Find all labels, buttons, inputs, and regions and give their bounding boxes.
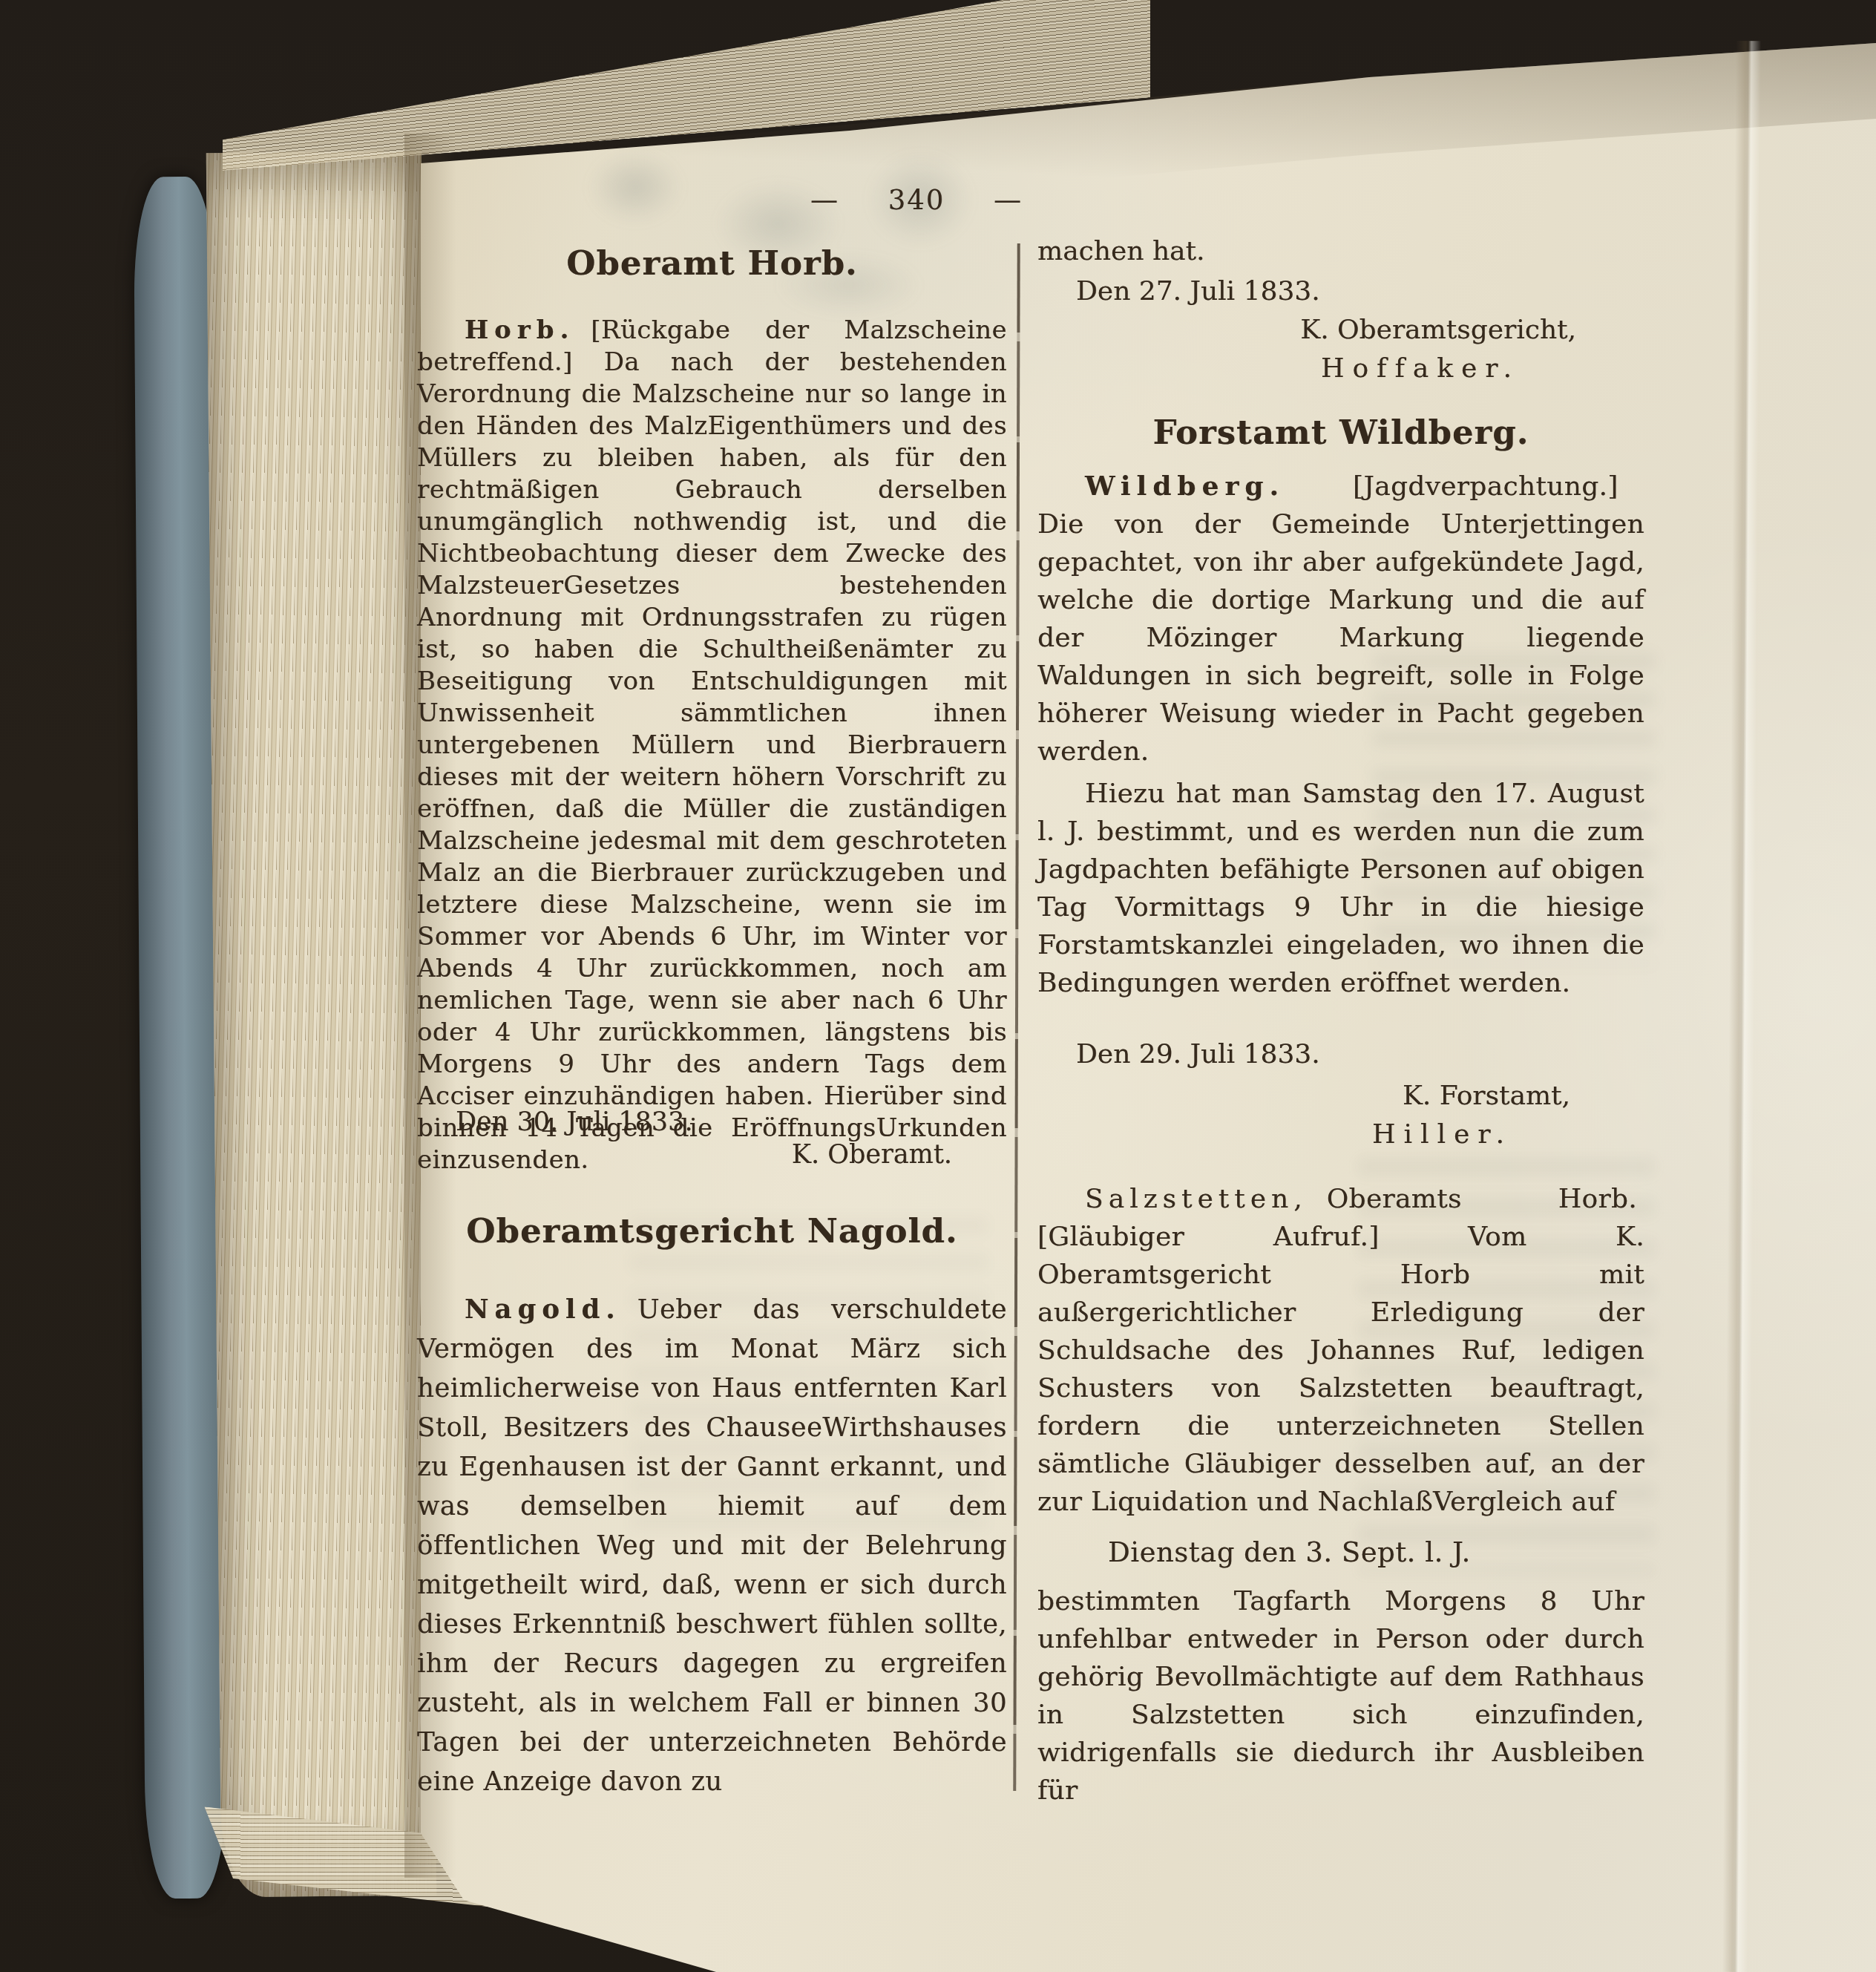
date-line-27-juli: Den 27. Juli 1833.: [1037, 276, 1644, 307]
notice-text-salzstetten-1: [Gläubiger Aufruf.] Vom K. Oberamtsgeric…: [1037, 1222, 1644, 1517]
notice-body-wildberg-2: Hiezu hat man Samstag den 17. August l. …: [1037, 775, 1644, 1002]
page-number: — 340 —: [742, 184, 1091, 216]
hearing-date-line: Dienstag den 3. Sept. l. J.: [1037, 1536, 1644, 1568]
notice-body-wildberg: Wildberg.[Jagdverpachtung.] Die von der …: [1037, 468, 1644, 770]
notice-heading-forstamt-wildberg: Forstamt Wildberg.: [1037, 413, 1644, 452]
scanned-book-photo: — 340 — Oberamt Horb. Horb.[Rückgabe der…: [0, 0, 1876, 1972]
signature-hiller: Hiller.: [1037, 1119, 1644, 1150]
notice-text-wildberg-1: Die von der Gemeinde Unterjettingen gepa…: [1037, 509, 1644, 767]
notice-text-salzstetten-2: bestimmten Tagfarth Morgens 8 Uhr unfehl…: [1037, 1582, 1644, 1809]
notice-lead-horb: Horb.: [465, 315, 574, 345]
page-stack-left-edges: [206, 151, 436, 1897]
notice-lead-wildberg: Wildberg.: [1085, 471, 1285, 502]
notice-heading-oberamtsgericht-nagold: Oberamtsgericht Nagold.: [417, 1211, 1007, 1251]
notice-subject-jagdverpachtung: [Jagdverpachtung.]: [1353, 471, 1618, 502]
signature-k-forstamt: K. Forstamt,: [1037, 1081, 1644, 1111]
notice-lead-salzstetten: Salzstetten,: [1085, 1184, 1308, 1214]
notice-body-horb: Horb.[Rückgabe der Malzscheine betreffen…: [417, 315, 1007, 1176]
date-line-29-juli: Den 29. Juli 1833.: [1037, 1039, 1644, 1069]
notice-lead-nagold: Nagold.: [465, 1294, 621, 1325]
notice-text-nagold: Ueber das verschuldete Vermögen des im M…: [417, 1294, 1007, 1797]
signature-k-oberamtsgericht: K. Oberamtsgericht,: [1037, 315, 1644, 345]
date-line-30-juli: Den 30. Juli 1833.: [417, 1107, 1007, 1137]
signature-hoffaker: Hoffaker.: [1037, 353, 1644, 384]
notice-body-nagold: Nagold.Ueber das verschuldete Vermögen d…: [417, 1290, 1007, 1801]
signature-k-oberamt: K. Oberamt.: [417, 1140, 1007, 1170]
notice-heading-oberamt-horb: Oberamt Horb.: [417, 243, 1007, 283]
continuation-line: machen hat.: [1037, 236, 1644, 266]
notice-lead-suffix: Oberamts Horb.: [1327, 1184, 1637, 1214]
notice-body-salzstetten: Salzstetten,Oberamts Horb. [Gläubiger Au…: [1037, 1180, 1644, 1521]
notice-text-horb: [Rückgabe der Malzscheine betreffend.] D…: [417, 315, 1007, 1175]
